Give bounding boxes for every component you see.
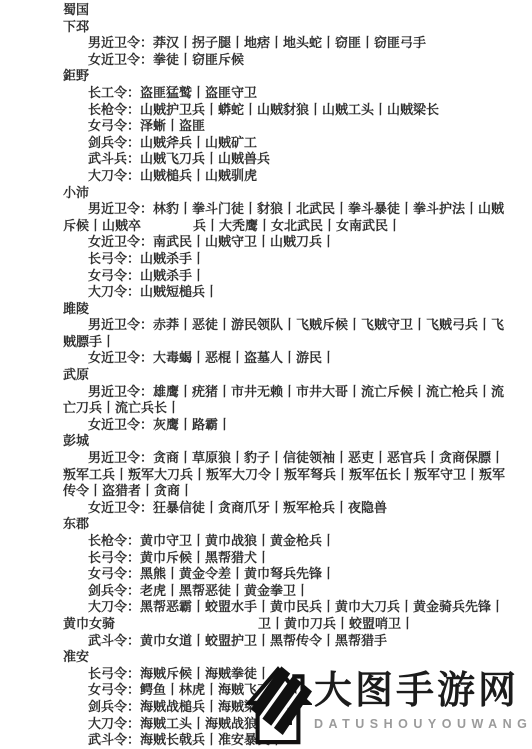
entry-line: 男近卫令：莽汉丨拐子腿丨地痞丨地头蛇丨窃匪丨窃匪弓手 xyxy=(63,35,510,52)
entry-value: 山贼飞刀兵丨山贼兽兵 xyxy=(140,151,270,166)
entry-line: 女弓令：泽蜥丨盗匪 xyxy=(63,118,510,135)
entry-line: 男近卫令：林豹丨拳斗门徒丨豺狼丨北武民丨拳斗暴徒丨拳斗护法丨山贼斥候丨山贼卒 兵… xyxy=(63,201,510,234)
entry-line: 男近卫令：赤莽丨恶徒丨游民领队丨飞贼斥候丨飞贼守卫丨飞贼弓兵丨飞贼膘手丨 xyxy=(63,317,510,350)
entry-value: 南武民丨山贼守卫丨山贼刀兵丨 xyxy=(153,234,335,249)
entry-value: 盗匪猛鹫丨盗匪守卫 xyxy=(140,85,257,100)
entry-label: 女近卫令： xyxy=(88,350,153,365)
entry-line: 武斗令：黄巾女道丨蛟盟护卫丨黑帮传令丨黑帮猎手 xyxy=(63,633,510,650)
entry-value: 莽汉丨拐子腿丨地痞丨地头蛇丨窃匪丨窃匪弓手 xyxy=(153,35,426,50)
entry-value: 黄巾女道丨蛟盟护卫丨黑帮传令丨黑帮猎手 xyxy=(140,633,387,648)
entry-line: 剑兵令：山贼斧兵丨山贼矿工 xyxy=(63,135,510,152)
entry-label: 男近卫令： xyxy=(88,201,153,216)
watermark-site-name: 大图手游网 xyxy=(314,670,532,714)
watermark-site-slug: DATUSHOUYOUWANG xyxy=(314,717,532,731)
entry-line: 女近卫令：南武民丨山贼守卫丨山贼刀兵丨 xyxy=(63,234,510,251)
entry-line: 女近卫令：狂暴信徒丨贪商爪牙丨叛军枪兵丨夜隐兽 xyxy=(63,500,510,517)
house-logo-icon xyxy=(244,665,312,745)
entry-line: 女近卫令：拳徒丨窃匪斥候 xyxy=(63,52,510,69)
entry-label: 长弓令： xyxy=(88,251,140,266)
entry-label: 女近卫令： xyxy=(88,234,153,249)
entry-line: 大刀令：黑帮恶霸丨蛟盟水手丨黄巾民兵丨黄巾大刀兵丨黄金骑兵先锋丨黄巾女骑 卫丨黄… xyxy=(63,599,510,632)
entry-label: 女弓令： xyxy=(88,682,140,697)
entry-value: 泽蜥丨盗匪 xyxy=(140,118,205,133)
entry-label: 大刀令： xyxy=(88,168,140,183)
section-title: 彭城 xyxy=(63,433,532,450)
entry-value: 拳徒丨窃匪斥候 xyxy=(153,52,244,67)
entry-value: 大毒蝎丨恶棍丨盗墓人丨游民丨 xyxy=(153,350,335,365)
entry-value: 山贼杀手丨 xyxy=(140,268,205,283)
entry-label: 长枪令： xyxy=(88,102,140,117)
entry-line: 男近卫令：雄鹰丨疣猪丨市井无赖丨市井大哥丨流亡斥候丨流亡枪兵丨流亡刀兵丨流亡兵长… xyxy=(63,384,510,417)
entry-line: 长工令：盗匪猛鹫丨盗匪守卫 xyxy=(63,85,510,102)
entry-label: 剑兵令： xyxy=(88,583,140,598)
entry-value: 山贼斧兵丨山贼矿工 xyxy=(140,135,257,150)
section-title: 小沛 xyxy=(63,185,532,202)
entry-line: 女近卫令：大毒蝎丨恶棍丨盗墓人丨游民丨 xyxy=(63,350,510,367)
entry-label: 女近卫令： xyxy=(88,52,153,67)
entry-label: 剑兵令： xyxy=(88,135,140,150)
section-title: 下邳 xyxy=(63,19,532,36)
entry-value: 黑熊丨黄金令差丨黄巾弩兵先锋丨 xyxy=(140,566,335,581)
section-title: 雎陵 xyxy=(63,301,532,318)
entry-label: 大刀令： xyxy=(88,716,140,731)
entry-label: 大刀令： xyxy=(88,599,140,614)
entry-value: 老虎丨黑帮恶徒丨黄金拳卫丨 xyxy=(140,583,309,598)
entry-value: 狂暴信徒丨贪商爪牙丨叛军枪兵丨夜隐兽 xyxy=(153,500,387,515)
entry-label: 男近卫令： xyxy=(88,35,153,50)
entry-line: 长弓令：山贼杀手丨 xyxy=(63,251,510,268)
entry-label: 长工令： xyxy=(88,85,140,100)
entry-value: 山贼杀手丨 xyxy=(140,251,205,266)
entry-value: 山贼槌兵丨山贼驯虎 xyxy=(140,168,257,183)
entry-label: 武斗兵： xyxy=(88,151,140,166)
entry-label: 女近卫令： xyxy=(88,500,153,515)
entry-label: 长弓令： xyxy=(88,666,140,681)
section-title: 东郡 xyxy=(63,516,532,533)
entry-label: 男近卫令： xyxy=(88,450,153,465)
entry-label: 女弓令： xyxy=(88,118,140,133)
entry-value: 山贼护卫兵丨蟒蛇丨山贼豺狼丨山贼工头丨山贼梁长 xyxy=(140,102,439,117)
watermark-text-block: 大图手游网 DATUSHOUYOUWANG xyxy=(314,670,532,731)
entry-line: 大刀令：山贼短槌兵丨 xyxy=(63,284,510,301)
entry-label: 女弓令： xyxy=(88,268,140,283)
entry-line: 女近卫令：灰鹰丨路霸丨 xyxy=(63,417,510,434)
entry-line: 武斗兵：山贼飞刀兵丨山贼兽兵 xyxy=(63,151,510,168)
entry-line: 长枪令：黄巾守卫丨黄巾战狼丨黄金枪兵丨 xyxy=(63,533,510,550)
entry-line: 女弓令：黑熊丨黄金令差丨黄巾弩兵先锋丨 xyxy=(63,566,510,583)
entry-label: 女近卫令： xyxy=(88,417,153,432)
entry-label: 女弓令： xyxy=(88,566,140,581)
section-title: 武原 xyxy=(63,367,532,384)
entry-label: 长枪令： xyxy=(88,533,140,548)
entry-label: 长弓令： xyxy=(88,550,140,565)
entry-label: 剑兵令： xyxy=(88,699,140,714)
entry-line: 女弓令：山贼杀手丨 xyxy=(63,268,510,285)
document-page: 蜀国 下邳男近卫令：莽汉丨拐子腿丨地痞丨地头蛇丨窃匪丨窃匪弓手女近卫令：拳徒丨窃… xyxy=(0,0,532,749)
entry-label: 男近卫令： xyxy=(88,384,153,399)
entry-line: 男近卫令：贪商丨草原狼丨豹子丨信徒领袖丨恶吏丨恶官兵丨贪商保膘丨叛军工兵丨叛军大… xyxy=(63,450,510,500)
sections-container: 下邳男近卫令：莽汉丨拐子腿丨地痞丨地头蛇丨窃匪丨窃匪弓手女近卫令：拳徒丨窃匪斥候… xyxy=(0,19,532,749)
entry-value: 灰鹰丨路霸丨 xyxy=(153,417,231,432)
entry-value: 山贼短槌兵丨 xyxy=(140,284,218,299)
entry-label: 武斗令： xyxy=(88,732,140,747)
entry-line: 剑兵令：老虎丨黑帮恶徒丨黄金拳卫丨 xyxy=(63,583,510,600)
entry-value: 黄巾守卫丨黄巾战狼丨黄金枪兵丨 xyxy=(140,533,335,548)
entry-label: 武斗令： xyxy=(88,633,140,648)
entry-label: 男近卫令： xyxy=(88,317,153,332)
entry-line: 大刀令：山贼槌兵丨山贼驯虎 xyxy=(63,168,510,185)
section-title: 准安 xyxy=(63,649,532,666)
entry-label: 大刀令： xyxy=(88,284,140,299)
entry-line: 长弓令：黄巾斥候丨黑帮猎犬丨 xyxy=(63,550,510,567)
entry-line: 长枪令：山贼护卫兵丨蟒蛇丨山贼豺狼丨山贼工头丨山贼梁长 xyxy=(63,102,510,119)
kingdom-title: 蜀国 xyxy=(63,2,532,19)
entry-value: 黄巾斥候丨黑帮猎犬丨 xyxy=(140,550,270,565)
section-title: 鉅野 xyxy=(63,68,532,85)
